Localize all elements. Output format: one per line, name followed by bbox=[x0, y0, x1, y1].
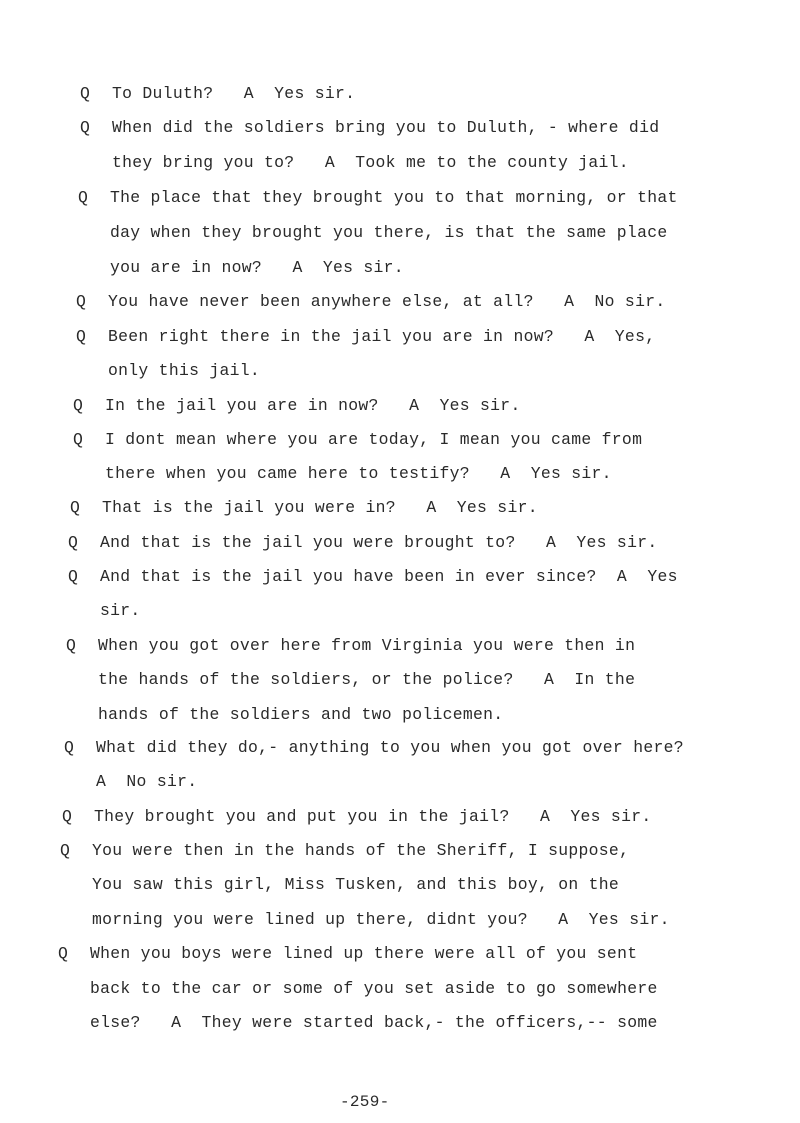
line-text: Been right there in the jail you are in … bbox=[108, 327, 655, 346]
line-text: When you boys were lined up there were a… bbox=[90, 944, 637, 963]
question-line: QYou were then in the hands of the Sheri… bbox=[60, 841, 629, 861]
speaker-marker: Q bbox=[73, 430, 105, 450]
speaker-marker: Q bbox=[80, 118, 112, 138]
line-text: I dont mean where you are today, I mean … bbox=[105, 430, 642, 449]
continuation-line: day when they brought you there, is that… bbox=[78, 223, 667, 243]
line-text: else? A They were started back,- the off… bbox=[90, 1013, 658, 1032]
page-number: -259- bbox=[340, 1093, 390, 1111]
speaker-marker: Q bbox=[73, 396, 105, 416]
speaker-marker: Q bbox=[64, 738, 96, 758]
question-line: QThey brought you and put you in the jai… bbox=[62, 807, 651, 827]
question-line: QYou have never been anywhere else, at a… bbox=[76, 292, 665, 312]
continuation-line: sir. bbox=[68, 601, 141, 621]
line-text: the hands of the soldiers, or the police… bbox=[98, 670, 635, 689]
line-text: only this jail. bbox=[108, 361, 260, 380]
speaker-marker: Q bbox=[76, 292, 108, 312]
line-text: What did they do,- anything to you when … bbox=[96, 738, 684, 757]
line-text: And that is the jail you have been in ev… bbox=[100, 567, 678, 586]
continuation-line: You saw this girl, Miss Tusken, and this… bbox=[60, 875, 619, 895]
question-line: QThat is the jail you were in? A Yes sir… bbox=[70, 498, 538, 518]
line-text: They brought you and put you in the jail… bbox=[94, 807, 651, 826]
line-text: sir. bbox=[100, 601, 141, 620]
speaker-marker: Q bbox=[60, 841, 92, 861]
continuation-line: hands of the soldiers and two policemen. bbox=[66, 705, 503, 725]
line-text: You were then in the hands of the Sherif… bbox=[92, 841, 629, 860]
continuation-line: there when you came here to testify? A Y… bbox=[73, 464, 612, 484]
question-line: QTo Duluth? A Yes sir. bbox=[80, 84, 355, 104]
line-text: there when you came here to testify? A Y… bbox=[105, 464, 612, 483]
line-text: You have never been anywhere else, at al… bbox=[108, 292, 665, 311]
transcript-page: QTo Duluth? A Yes sir.QWhen did the sold… bbox=[0, 0, 800, 1123]
line-text: hands of the soldiers and two policemen. bbox=[98, 705, 503, 724]
question-line: QWhen you got over here from Virginia yo… bbox=[66, 636, 635, 656]
line-text: When you got over here from Virginia you… bbox=[98, 636, 635, 655]
question-line: QThe place that they brought you to that… bbox=[78, 188, 678, 208]
question-line: QBeen right there in the jail you are in… bbox=[76, 327, 655, 347]
line-text: The place that they brought you to that … bbox=[110, 188, 678, 207]
line-text: That is the jail you were in? A Yes sir. bbox=[102, 498, 538, 517]
line-text: You saw this girl, Miss Tusken, and this… bbox=[92, 875, 619, 894]
continuation-line: the hands of the soldiers, or the police… bbox=[66, 670, 635, 690]
line-text: And that is the jail you were brought to… bbox=[100, 533, 657, 552]
line-text: In the jail you are in now? A Yes sir. bbox=[105, 396, 521, 415]
line-text: When did the soldiers bring you to Dulut… bbox=[112, 118, 659, 137]
speaker-marker: Q bbox=[68, 533, 100, 553]
speaker-marker: Q bbox=[80, 84, 112, 104]
line-text: they bring you to? A Took me to the coun… bbox=[112, 153, 629, 172]
line-text: back to the car or some of you set aside… bbox=[90, 979, 658, 998]
speaker-marker: Q bbox=[78, 188, 110, 208]
question-line: QWhen did the soldiers bring you to Dulu… bbox=[80, 118, 659, 138]
continuation-line: else? A They were started back,- the off… bbox=[58, 1013, 658, 1033]
line-text: day when they brought you there, is that… bbox=[110, 223, 667, 242]
line-text: To Duluth? A Yes sir. bbox=[112, 84, 355, 103]
question-line: QAnd that is the jail you were brought t… bbox=[68, 533, 657, 553]
question-line: QI dont mean where you are today, I mean… bbox=[73, 430, 642, 450]
question-line: QWhen you boys were lined up there were … bbox=[58, 944, 637, 964]
question-line: QAnd that is the jail you have been in e… bbox=[68, 567, 678, 587]
continuation-line: morning you were lined up there, didnt y… bbox=[60, 910, 670, 930]
continuation-line: you are in now? A Yes sir. bbox=[78, 258, 404, 278]
speaker-marker: Q bbox=[66, 636, 98, 656]
question-line: QIn the jail you are in now? A Yes sir. bbox=[73, 396, 521, 416]
speaker-marker: Q bbox=[76, 327, 108, 347]
continuation-line: only this jail. bbox=[76, 361, 260, 381]
question-line: QWhat did they do,- anything to you when… bbox=[64, 738, 684, 758]
continuation-line: A No sir. bbox=[64, 772, 197, 792]
speaker-marker: Q bbox=[62, 807, 94, 827]
line-text: you are in now? A Yes sir. bbox=[110, 258, 404, 277]
line-text: A No sir. bbox=[96, 772, 197, 791]
continuation-line: they bring you to? A Took me to the coun… bbox=[80, 153, 629, 173]
continuation-line: back to the car or some of you set aside… bbox=[58, 979, 658, 999]
speaker-marker: Q bbox=[70, 498, 102, 518]
line-text: morning you were lined up there, didnt y… bbox=[92, 910, 670, 929]
speaker-marker: Q bbox=[68, 567, 100, 587]
speaker-marker: Q bbox=[58, 944, 90, 964]
